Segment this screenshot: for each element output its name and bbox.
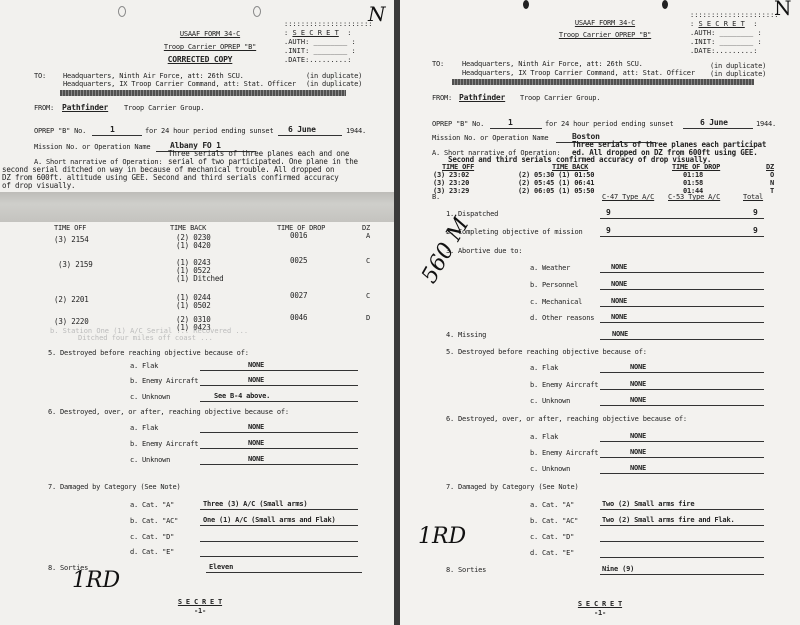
field-underline <box>600 372 764 373</box>
c53-header: C-53 Type A/C <box>668 193 720 201</box>
footer-secret: S E C R E T <box>170 598 230 606</box>
field-label: c. Cat. "D" <box>130 533 174 541</box>
field-value: NONE <box>248 455 264 463</box>
time-of-drop-cell: 0027 <box>290 292 307 300</box>
total-value: 9 <box>753 209 758 217</box>
time-back-cell: (2) 05:30 (1) 01:50 <box>518 171 594 179</box>
period-year: 1944. <box>346 127 366 135</box>
dz-cell: D <box>366 314 370 322</box>
time-back-cell: (2) 05:45 (1) 06:41 <box>518 179 594 187</box>
oprep-number: 1 <box>508 119 513 127</box>
field-label: a. Weather <box>530 264 570 272</box>
auth-label: .AUTH: <box>690 29 715 37</box>
c47-header: C-47 Type A/C <box>602 193 654 201</box>
field-value: Nine (9) <box>602 565 634 573</box>
struck-out-line <box>452 79 754 85</box>
field-underline <box>200 464 358 465</box>
field-underline <box>600 525 764 526</box>
init-label: .INIT: <box>690 38 715 46</box>
period-date: 6 June <box>700 119 728 127</box>
total-header: Total <box>743 193 763 201</box>
to-label: TO: <box>432 60 444 68</box>
field-underline <box>600 236 764 237</box>
table-header: DZ <box>362 224 370 232</box>
initials-signature: 1RD <box>72 568 120 593</box>
time-off-cell: (3) 2220 <box>54 318 89 326</box>
to-line-1-note: (in duplicate) <box>306 72 362 80</box>
field-underline <box>200 370 358 371</box>
time-back-cell: (1) Ditched <box>176 275 223 283</box>
section-5-title: 5. Destroyed before reaching objective b… <box>446 348 647 356</box>
field-value: Three (3) A/C (Small arms) <box>203 500 307 508</box>
secret-label: S E C R E T <box>292 29 338 37</box>
time-of-drop-cell: 0046 <box>290 314 307 322</box>
punch-hole <box>523 0 529 9</box>
oprep-number: 1 <box>110 126 115 134</box>
form-subtitle: Troop Carrier OPREP "B" <box>140 43 280 51</box>
field-value: NONE <box>630 363 646 371</box>
field-underline <box>600 574 764 575</box>
to-line-1: Headquarters, Ninth Air Force, att: 26th… <box>63 72 244 80</box>
field-value: NONE <box>630 448 646 456</box>
to-label: TO: <box>34 72 46 80</box>
field-label: d. Other reasons <box>530 314 594 322</box>
from-value: Pathfinder <box>459 94 505 102</box>
table-header: TIME BACK <box>552 163 588 171</box>
to-line-1-note: (in duplicate) <box>710 62 766 70</box>
field-value: NONE <box>611 297 627 305</box>
field-label: b. Cat. "AC" <box>530 517 578 525</box>
field-underline <box>600 457 764 458</box>
table-header: TIME OFF <box>442 163 474 171</box>
secret-box: ::::::::::::::::::::: : S E C R E T : .A… <box>690 11 779 56</box>
field-label: d. Cat. "E" <box>130 548 174 556</box>
date-label: .DATE: <box>690 47 715 55</box>
field-label: c. Cat. "D" <box>530 533 574 541</box>
time-off-cell: (3) 2159 <box>58 261 93 269</box>
footer-page-number: -1- <box>170 607 230 615</box>
field-value: NONE <box>611 263 627 271</box>
field-underline <box>600 289 764 290</box>
c47-value: 9 <box>606 227 611 235</box>
section-7-title: 7. Damaged by Category (See Note) <box>48 483 180 491</box>
section-7-title: 7. Damaged by Category (See Note) <box>446 483 578 491</box>
section-3-title: 3. Abortive due to: <box>446 247 522 255</box>
form-title: USAAF FORM 34-C <box>545 19 665 27</box>
paper-overlay-strip <box>0 192 394 222</box>
field-value: NONE <box>612 330 628 338</box>
date-label: .DATE: <box>284 56 309 64</box>
field-underline <box>600 509 764 510</box>
table-header: TIME OF DROP <box>672 163 720 171</box>
field-underline <box>200 556 358 557</box>
field-value: NONE <box>248 423 264 431</box>
field-underline <box>200 432 358 433</box>
time-off-cell: (3) 2154 <box>54 236 89 244</box>
punch-hole <box>118 6 126 17</box>
from-suffix: Troop Carrier Group. <box>520 94 600 102</box>
field-value: Two (2) Small arms fire <box>602 500 694 508</box>
field-label: c. Unknown <box>530 397 570 405</box>
footer-page-number: -1- <box>570 609 630 617</box>
field-label: a. Cat. "A" <box>130 501 174 509</box>
field-underline <box>200 448 358 449</box>
field-label: a. Flak <box>530 433 558 441</box>
field-underline <box>600 389 764 390</box>
field-underline <box>600 405 764 406</box>
period-year: 1944. <box>756 120 776 128</box>
punch-hole <box>662 0 668 9</box>
footer-secret: S E C R E T <box>570 600 630 608</box>
field-value: Two (2) Small arms fire and Flak. <box>602 516 734 524</box>
from-label: FROM: <box>432 94 452 102</box>
dz-cell: T <box>770 187 774 195</box>
to-line-2: Headquarters, IX Troop Carrier Command, … <box>63 80 296 88</box>
to-line-2-note: (in duplicate) <box>710 70 766 78</box>
auth-label: .AUTH: <box>284 38 309 46</box>
field-value: NONE <box>611 280 627 288</box>
field-underline <box>600 322 764 323</box>
field-underline <box>600 441 764 442</box>
dz-cell: C <box>366 292 370 300</box>
table-header: TIME OFF <box>54 224 86 232</box>
total-value: 9 <box>753 227 758 235</box>
field-underline <box>200 541 358 542</box>
to-line-1: Headquarters, Ninth Air Force, att: 26th… <box>462 60 643 68</box>
field-label: b. Enemy Aircraft <box>130 377 198 385</box>
table-header: DZ <box>766 163 774 171</box>
field-label: a. Flak <box>130 362 158 370</box>
field-underline <box>600 272 764 273</box>
field-label: a. Cat. "A" <box>530 501 574 509</box>
section-5-title: 5. Destroyed before reaching objective b… <box>48 349 249 357</box>
time-of-drop-cell: 0016 <box>290 232 307 240</box>
field-underline <box>600 557 764 558</box>
period-text: for 24 hour period ending sunset <box>545 120 673 128</box>
field-underline <box>600 541 764 542</box>
form-subtitle: Troop Carrier OPREP "B" <box>535 31 675 39</box>
initials-signature: 1RD <box>418 524 466 549</box>
field-underline <box>200 525 358 526</box>
field-value: See B-4 above. <box>214 392 270 400</box>
field-label: b. Personnel <box>530 281 578 289</box>
field-label: c. Mechanical <box>530 298 582 306</box>
narrative-line-5: of drop visually. <box>2 182 75 190</box>
field-label: c. Unknown <box>130 393 170 401</box>
to-line-2-note: (in duplicate) <box>306 80 362 88</box>
to-line-2: Headquarters, IX Troop Carrier Command, … <box>462 69 695 77</box>
field-value: NONE <box>248 439 264 447</box>
field-label: b. Enemy Aircraft <box>530 449 598 457</box>
field-underline <box>600 218 764 219</box>
time-of-drop-cell: 0025 <box>290 257 307 265</box>
field-underline <box>200 385 358 386</box>
field-value: Eleven <box>209 563 233 571</box>
init-label: .INIT: <box>284 47 309 55</box>
mission-label: Mission No. or Operation Name <box>34 143 150 151</box>
section-6-title: 6. Destroyed, over, or after, reaching o… <box>48 408 289 416</box>
field-label: 2. Completing objective of mission <box>446 228 583 236</box>
dz-cell: A <box>366 232 370 240</box>
document-page-right: N USAAF FORM 34-C Troop Carrier OPREP "B… <box>400 0 800 625</box>
field-label: 4. Missing <box>446 331 486 339</box>
field-label: 1. Dispatched <box>446 210 498 218</box>
field-value: NONE <box>630 380 646 388</box>
field-underline <box>600 339 764 340</box>
time-off-cell: (3) 23:02 <box>433 171 469 179</box>
field-value: NONE <box>611 313 627 321</box>
oprep-label: OPREP "B" No. <box>34 127 86 135</box>
time-of-drop-cell: 01:58 <box>683 179 703 187</box>
field-underline <box>200 401 358 402</box>
field-label: a. Flak <box>530 364 558 372</box>
field-label: 8. Sorties <box>446 566 486 574</box>
time-off-cell: (2) 2201 <box>54 296 89 304</box>
period-text: for 24 hour period ending sunset <box>145 127 273 135</box>
oprep-label: OPREP "B" No. <box>432 120 484 128</box>
document-page-left: N USAAF FORM 34-C Troop Carrier OPREP "B… <box>0 0 394 625</box>
time-back-cell: (2) 06:05 (1) 05:50 <box>518 187 594 195</box>
field-label: c. Unknown <box>130 456 170 464</box>
field-label: b. Enemy Aircraft <box>530 381 598 389</box>
time-off-cell: (3) 23:20 <box>433 179 469 187</box>
field-value: NONE <box>630 396 646 404</box>
from-suffix: Troop Carrier Group. <box>124 104 204 112</box>
field-underline <box>600 473 764 474</box>
time-back-cell: (1) 0502 <box>176 302 211 310</box>
table-header: TIME BACK <box>170 224 206 232</box>
field-value: NONE <box>630 464 646 472</box>
from-value: Pathfinder <box>62 104 108 112</box>
field-value: NONE <box>630 432 646 440</box>
field-label: a. Flak <box>130 424 158 432</box>
from-label: FROM: <box>34 104 54 112</box>
mission-label: Mission No. or Operation Name <box>432 134 548 142</box>
dz-cell: N <box>770 179 774 187</box>
field-value: NONE <box>248 361 264 369</box>
corrected-copy-stamp: CORRECTED COPY <box>140 56 260 64</box>
punch-hole <box>253 6 261 17</box>
field-value: One (1) A/C (Small arms and Flak) <box>203 516 335 524</box>
time-back-cell: (1) 0420 <box>176 242 211 250</box>
field-underline <box>600 306 764 307</box>
section-6-title: 6. Destroyed, over, or after, reaching o… <box>446 415 687 423</box>
secret-label: S E C R E T <box>698 20 744 28</box>
section-b-label: B. <box>432 193 440 201</box>
field-label: b. Enemy Aircraft <box>130 440 198 448</box>
field-label: d. Cat. "E" <box>530 549 574 557</box>
dz-cell: O <box>770 171 774 179</box>
period-date: 6 June <box>288 126 316 134</box>
field-value: NONE <box>248 376 264 384</box>
dz-cell: C <box>366 257 370 265</box>
c47-value: 9 <box>606 209 611 217</box>
struck-out-line <box>60 90 346 96</box>
secret-box: ::::::::::::::::::::: : S E C R E T : .A… <box>284 20 373 65</box>
time-of-drop-cell: 01:18 <box>683 171 703 179</box>
field-label: b. Cat. "AC" <box>130 517 178 525</box>
field-label: c. Unknown <box>530 465 570 473</box>
field-underline <box>200 509 358 510</box>
field-underline <box>206 572 362 573</box>
form-title: USAAF FORM 34-C <box>150 30 270 38</box>
